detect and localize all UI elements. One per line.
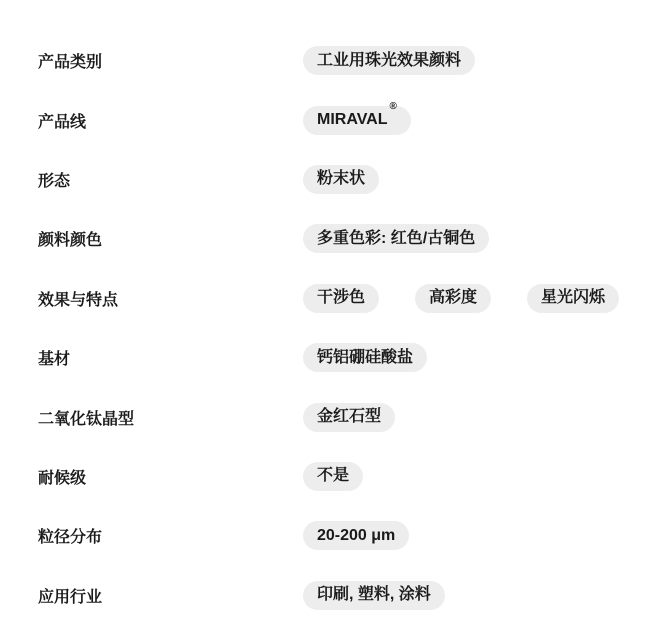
spec-row: 应用行业 印刷, 塑料, 涂料	[0, 566, 671, 625]
spec-value-pill: 20-200 μm	[303, 521, 409, 550]
spec-value-pill: 粉末状	[303, 165, 379, 194]
spec-value-pill: 金红石型	[303, 403, 395, 432]
spec-row: 基材 钙铝硼硅酸盐	[0, 328, 671, 387]
spec-values: 印刷, 塑料, 涂料	[303, 581, 445, 610]
spec-label: 基材	[38, 346, 303, 369]
spec-values: 工业用珠光效果颜料	[303, 46, 475, 75]
spec-value-pill: 星光闪烁	[527, 284, 619, 313]
spec-table: 产品类别 工业用珠光效果颜料 产品线 MIRAVAL® 形态 粉末状 颜料颜色 …	[0, 0, 671, 625]
spec-value-pill: 高彩度	[415, 284, 491, 313]
registered-trademark-sup: ®	[390, 102, 397, 112]
spec-label: 耐候级	[38, 465, 303, 488]
spec-values: 钙铝硼硅酸盐	[303, 343, 427, 372]
spec-row: 产品线 MIRAVAL®	[0, 90, 671, 149]
spec-value-pill: 不是	[303, 462, 363, 491]
spec-label: 效果与特点	[38, 287, 303, 310]
spec-values: 20-200 μm	[303, 521, 409, 550]
spec-values: 粉末状	[303, 165, 379, 194]
spec-row: 粒径分布 20-200 μm	[0, 506, 671, 565]
spec-label: 粒径分布	[38, 524, 303, 547]
spec-values: 不是	[303, 462, 363, 491]
spec-row: 产品类别 工业用珠光效果颜料	[0, 31, 671, 90]
spec-value-pill: 多重色彩: 红色/古铜色	[303, 224, 489, 253]
spec-label: 产品线	[38, 109, 303, 132]
spec-values: 多重色彩: 红色/古铜色	[303, 224, 489, 253]
spec-values: MIRAVAL®	[303, 106, 411, 135]
spec-row: 形态 粉末状	[0, 150, 671, 209]
product-spec-page: 产品类别 工业用珠光效果颜料 产品线 MIRAVAL® 形态 粉末状 颜料颜色 …	[0, 0, 671, 634]
spec-row: 效果与特点 干涉色 高彩度 星光闪烁	[0, 269, 671, 328]
spec-values: 干涉色 高彩度 星光闪烁	[303, 284, 619, 313]
spec-label: 产品类别	[38, 49, 303, 72]
spec-value-pill: MIRAVAL®	[303, 106, 411, 135]
spec-value-pill: 钙铝硼硅酸盐	[303, 343, 427, 372]
spec-label: 应用行业	[38, 584, 303, 607]
spec-value-pill: 工业用珠光效果颜料	[303, 46, 475, 75]
spec-row: 耐候级 不是	[0, 447, 671, 506]
spec-values: 金红石型	[303, 403, 395, 432]
spec-label: 形态	[38, 168, 303, 191]
spec-value-pill: 干涉色	[303, 284, 379, 313]
spec-row: 颜料颜色 多重色彩: 红色/古铜色	[0, 209, 671, 268]
spec-value-pill: 印刷, 塑料, 涂料	[303, 581, 445, 610]
spec-label: 颜料颜色	[38, 227, 303, 250]
spec-label: 二氧化钛晶型	[38, 406, 303, 429]
spec-row: 二氧化钛晶型 金红石型	[0, 387, 671, 446]
